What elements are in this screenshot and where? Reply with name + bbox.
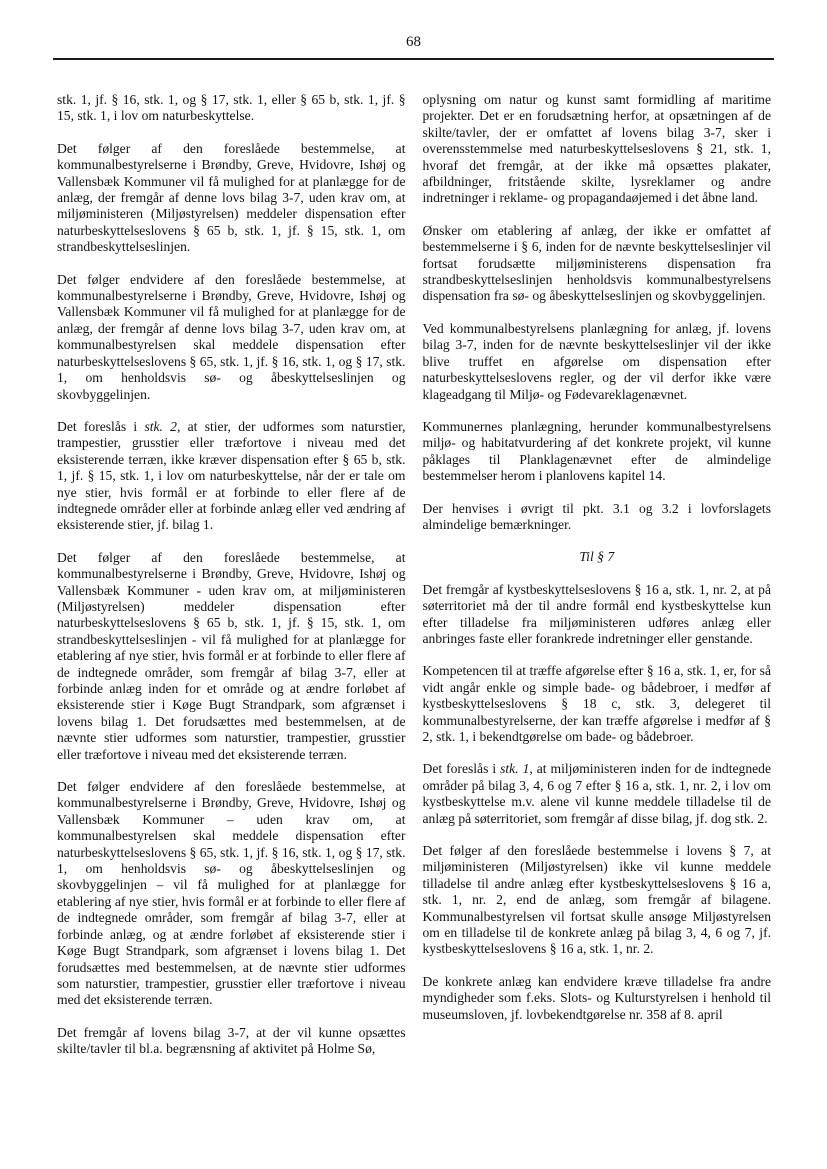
paragraph: De konkrete anlæg kan endvidere kræve ti…	[423, 974, 772, 1023]
paragraph: Det følger af den foreslåede bestemmelse…	[57, 141, 406, 256]
body-text: Der henvises i øvrigt til pkt. 3.1 og 3.…	[423, 501, 772, 532]
body-text: oplysning om natur og kunst samt formidl…	[423, 92, 772, 205]
body-text: Det fremgår af lovens bilag 3-7, at der …	[57, 1025, 406, 1056]
body-text: Det følger af den foreslåede bestemmelse…	[57, 550, 406, 762]
paragraph: Det følger af den foreslåede bestemmelse…	[423, 843, 772, 958]
paragraph: Det følger endvidere af den foreslåede b…	[57, 272, 406, 403]
body-text: De konkrete anlæg kan endvidere kræve ti…	[423, 974, 772, 1022]
body-text: Det følger af den foreslåede bestemmelse…	[423, 843, 772, 956]
body-text: Det følger endvidere af den foreslåede b…	[57, 272, 406, 402]
body-text: Det fremgår af kystbeskyttelseslovens § …	[423, 582, 772, 646]
paragraph: stk. 1, jf. § 16, stk. 1, og § 17, stk. …	[57, 92, 406, 125]
italic-text: stk. 1,	[500, 761, 533, 776]
paragraph: Der henvises i øvrigt til pkt. 3.1 og 3.…	[423, 501, 772, 534]
paragraph: Kompetencen til at træffe afgørelse efte…	[423, 663, 772, 745]
paragraph: Det foreslås i stk. 1, at miljøministere…	[423, 761, 772, 827]
body-text: Kompetencen til at træffe afgørelse efte…	[423, 663, 772, 744]
body-text: , at stier, der udformes som naturstier,…	[57, 419, 406, 532]
document-page: 68 stk. 1, jf. § 16, stk. 1, og § 17, st…	[0, 0, 827, 1169]
body-text: Det foreslås i	[57, 419, 144, 434]
paragraph: Det fremgår af lovens bilag 3-7, at der …	[57, 1025, 406, 1058]
body-text: Ønsker om etablering af anlæg, der ikke …	[423, 223, 772, 304]
body-text: Det foreslås i	[423, 761, 501, 776]
body-text: Kommunernes planlægning, herunder kommun…	[423, 419, 772, 483]
page-number: 68	[0, 0, 827, 51]
paragraph: Det følger af den foreslåede bestemmelse…	[57, 550, 406, 763]
paragraph: Det fremgår af kystbeskyttelseslovens § …	[423, 582, 772, 648]
body-text: Det følger af den foreslåede bestemmelse…	[57, 141, 406, 254]
body-text: Ved kommunalbestyrelsens planlægning for…	[423, 321, 772, 402]
paragraph: Det foreslås i stk. 2, at stier, der udf…	[57, 419, 406, 534]
left-column: stk. 1, jf. § 16, stk. 1, og § 17, stk. …	[57, 92, 406, 1074]
text-columns: stk. 1, jf. § 16, stk. 1, og § 17, stk. …	[0, 60, 827, 1074]
italic-text: stk. 2	[144, 419, 177, 434]
paragraph: Ved kommunalbestyrelsens planlægning for…	[423, 321, 772, 403]
paragraph: oplysning om natur og kunst samt formidl…	[423, 92, 772, 207]
paragraph: Det følger endvidere af den foreslåede b…	[57, 779, 406, 1009]
paragraph: Kommunernes planlægning, herunder kommun…	[423, 419, 772, 485]
body-text: Det følger endvidere af den foreslåede b…	[57, 779, 406, 1007]
paragraph: Ønsker om etablering af anlæg, der ikke …	[423, 223, 772, 305]
section-heading: Til § 7	[423, 549, 772, 565]
right-column: oplysning om natur og kunst samt formidl…	[423, 92, 772, 1074]
body-text: stk. 1, jf. § 16, stk. 1, og § 17, stk. …	[57, 92, 406, 123]
italic-text: Til § 7	[579, 549, 614, 564]
